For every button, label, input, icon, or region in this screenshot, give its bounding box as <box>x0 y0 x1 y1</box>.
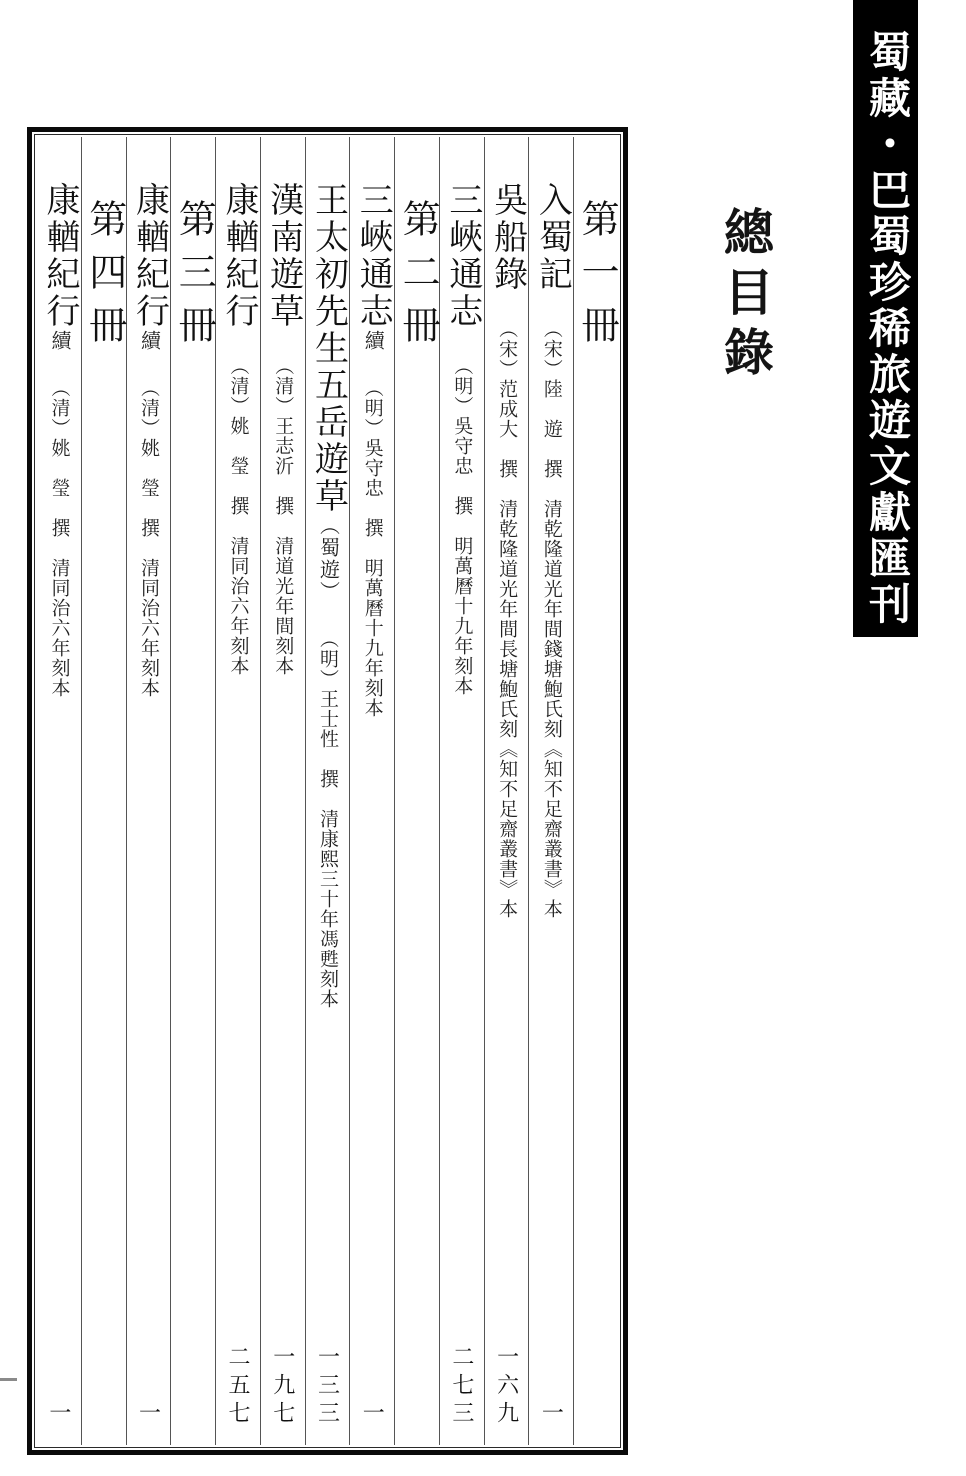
volume-label: 第一冊 <box>577 199 615 358</box>
entry-title-group: 吳船錄 <box>490 182 524 293</box>
toc-table-inner-border: 第一冊入蜀記︵宋︶陸 遊 撰 清乾隆道光年間錢塘鮑氏刻︽知不足齋叢書︾本一吳船錄… <box>34 134 621 1448</box>
entry-title: 王太初先生五岳遊草 <box>310 182 347 515</box>
entry-author-edition: ︵清︶姚 瑩 撰 清同治六年刻本 <box>139 378 158 698</box>
entry-title: 漢南遊草 <box>265 182 302 330</box>
series-title-banner: 蜀藏・巴蜀珍稀旅遊文獻匯刊 <box>853 0 918 637</box>
entry-author-edition: ︵清︶王志沂 撰 清道光年間刻本 <box>273 356 292 676</box>
toc-entry-column: 漢南遊草︵清︶王志沂 撰 清道光年間刻本一九七 <box>260 137 305 1445</box>
entry-title: 三峽通志 <box>354 182 391 330</box>
page-title: 總目錄 <box>716 206 774 386</box>
entry-title-group: 康輶紀行續 <box>131 182 165 352</box>
toc-entry-column: 康輶紀行︵清︶姚 瑩 撰 清同治六年刻本二五七 <box>215 137 260 1445</box>
entry-page-number: 一 <box>137 1401 159 1429</box>
entry-author-edition: ︵宋︶范成大 撰 清乾隆道光年間長塘鮑氏刻︽知不足齋叢書︾本 <box>497 319 516 919</box>
entry-author-edition: ︵宋︶陸 遊 撰 清乾隆道光年間錢塘鮑氏刻︽知不足齋叢書︾本 <box>542 319 561 919</box>
entry-title: 吳船錄 <box>489 182 526 293</box>
toc-entry-column: 吳船錄︵宋︶范成大 撰 清乾隆道光年間長塘鮑氏刻︽知不足齋叢書︾本一六九 <box>484 137 529 1445</box>
entry-title: 康輶紀行 <box>130 182 167 330</box>
entry-author-edition: ︵明︶王士性 撰 清康熙三十年馮甦刻本 <box>318 629 337 1009</box>
entry-author-edition: ︵明︶吳守忠 撰 明萬曆十九年刻本 <box>363 378 382 718</box>
entry-title-group: 三峽通志 <box>445 182 479 330</box>
entry-title-group: 王太初先生五岳遊草︵蜀遊︶ <box>311 182 345 603</box>
volume-header-column: 第一冊 <box>573 137 618 1445</box>
entry-page-number: 一六九 <box>496 1345 518 1429</box>
volume-label: 第三冊 <box>174 199 212 358</box>
entry-title: 三峽通志 <box>444 182 481 330</box>
toc-columns: 第一冊入蜀記︵宋︶陸 遊 撰 清乾隆道光年間錢塘鮑氏刻︽知不足齋叢書︾本一吳船錄… <box>37 137 618 1445</box>
toc-entry-column: 入蜀記︵宋︶陸 遊 撰 清乾隆道光年間錢塘鮑氏刻︽知不足齋叢書︾本一 <box>528 137 573 1445</box>
volume-header-column: 第二冊 <box>394 137 439 1445</box>
volume-label: 第二冊 <box>398 199 436 358</box>
entry-title-suffix: 續 <box>361 330 383 352</box>
entry-title-group: 三峽通志續 <box>355 182 389 352</box>
print-artifact-dash <box>0 1378 17 1381</box>
entry-title-suffix: ︵蜀遊︶ <box>317 515 339 603</box>
entry-title-suffix: 續 <box>137 330 159 352</box>
entry-page-number: 一三三 <box>317 1345 339 1429</box>
entry-page-number: 一 <box>540 1401 562 1429</box>
entry-page-number: 一 <box>48 1401 70 1429</box>
scanned-page: 蜀藏・巴蜀珍稀旅遊文獻匯刊 總目錄 第一冊入蜀記︵宋︶陸 遊 撰 清乾隆道光年間… <box>0 0 966 1476</box>
entry-title-suffix: 續 <box>48 330 70 352</box>
entry-page-number: 一 <box>361 1401 383 1429</box>
volume-header-column: 第四冊 <box>81 137 126 1445</box>
toc-entry-column: 康輶紀行續︵清︶姚 瑩 撰 清同治六年刻本一 <box>126 137 171 1445</box>
toc-entry-column: 三峽通志續︵明︶吳守忠 撰 明萬曆十九年刻本一 <box>349 137 394 1445</box>
entry-page-number: 二七三 <box>451 1345 473 1429</box>
entry-title: 入蜀記 <box>533 182 570 293</box>
entry-title-group: 漢南遊草 <box>266 182 300 330</box>
entry-title: 康輶紀行 <box>220 182 257 330</box>
volume-header-column: 第三冊 <box>170 137 215 1445</box>
entry-author-edition: ︵清︶姚 瑩 撰 清同治六年刻本 <box>49 378 68 698</box>
toc-table: 第一冊入蜀記︵宋︶陸 遊 撰 清乾隆道光年間錢塘鮑氏刻︽知不足齋叢書︾本一吳船錄… <box>27 127 628 1455</box>
entry-title-group: 康輶紀行 <box>221 182 255 330</box>
entry-title-group: 入蜀記 <box>534 182 568 293</box>
entry-author-edition: ︵清︶姚 瑩 撰 清同治六年刻本 <box>229 356 248 676</box>
entry-title-group: 康輶紀行續 <box>42 182 76 352</box>
entry-author-edition: ︵明︶吳守忠 撰 明萬曆十九年刻本 <box>452 356 471 696</box>
toc-entry-column: 康輶紀行續︵清︶姚 瑩 撰 清同治六年刻本一 <box>37 137 81 1445</box>
entry-page-number: 二五七 <box>227 1345 249 1429</box>
toc-entry-column: 王太初先生五岳遊草︵蜀遊︶︵明︶王士性 撰 清康熙三十年馮甦刻本一三三 <box>305 137 350 1445</box>
entry-title: 康輶紀行 <box>41 182 78 330</box>
series-title: 蜀藏・巴蜀珍稀旅遊文獻匯刊 <box>863 30 909 628</box>
volume-label: 第四冊 <box>85 199 123 358</box>
toc-entry-column: 三峽通志︵明︶吳守忠 撰 明萬曆十九年刻本二七三 <box>439 137 484 1445</box>
entry-page-number: 一九七 <box>272 1345 294 1429</box>
